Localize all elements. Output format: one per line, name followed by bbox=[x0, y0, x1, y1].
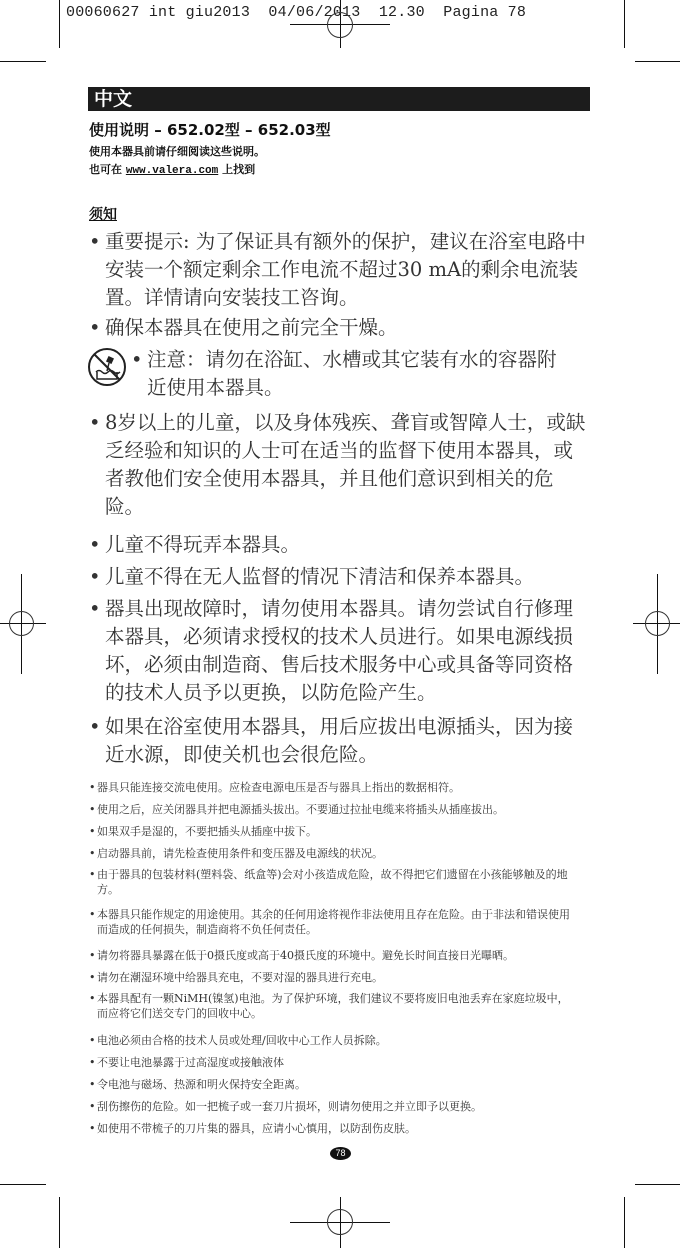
bullet: • bbox=[89, 531, 105, 559]
bullet: • bbox=[89, 970, 97, 985]
note-item: • 器具只能连接交流电使用。应检查电源电压是否与器具上指出的数据相符。 bbox=[89, 780, 579, 795]
note-item: • 刮伤擦伤的危险。如一把梳子或一套刀片损坏，则请勿使用之并立即予以更换。 bbox=[89, 1099, 579, 1114]
note-item: • 使用之后，应关闭器具并把电源插头拔出。不要通过拉扯电缆来将插头从插座拔出。 bbox=[89, 802, 579, 817]
note-text: 如使用不带梳子的刀片集的器具，应请小心慎用，以防刮伤皮肤。 bbox=[97, 1121, 579, 1136]
bullet: • bbox=[89, 409, 105, 437]
note-item: • 如使用不带梳子的刀片集的器具，应请小心慎用，以防刮伤皮肤。 bbox=[89, 1121, 579, 1136]
note-item: • 电池必须由合格的技术人员或处理/回收中心工作人员拆除。 bbox=[89, 1033, 579, 1048]
crop-mark-top-left-vertical bbox=[59, 0, 60, 48]
warning-item-with-icon: • 注意：请勿在浴缸、水槽或其它装有水的容器附近使用本器具。 bbox=[131, 346, 571, 402]
note-item: • 如果双手是湿的，不要把插头从插座中拔下。 bbox=[89, 824, 579, 839]
bullet: • bbox=[89, 824, 97, 839]
note-item: • 不要让电池暴露于过高湿度或接触液体 bbox=[89, 1055, 579, 1070]
note-text: 请勿将器具暴露在低于0摄氏度或高于40摄氏度的环境中。避免长时间直接日光曝晒。 bbox=[97, 948, 579, 963]
bullet: • bbox=[89, 846, 97, 861]
note-item: • 启动器具前，请先检查使用条件和变压器及电源线的状况。 bbox=[89, 846, 579, 861]
note-item: • 请勿将器具暴露在低于0摄氏度或高于40摄氏度的环境中。避免长时间直接日光曝晒… bbox=[89, 948, 579, 963]
warning-item: • 重要提示: 为了保证具有额外的保护，建议在浴室电路中安装一个额定剩余工作电流… bbox=[89, 228, 589, 312]
bullet: • bbox=[89, 314, 105, 342]
note-text: 如果双手是湿的，不要把插头从插座中拔下。 bbox=[97, 824, 579, 839]
no-water-use-icon bbox=[87, 345, 131, 389]
warning-text: 儿童不得在无人监督的情况下清洁和保养本器具。 bbox=[105, 563, 589, 591]
note-text: 由于器具的包装材料(塑料袋、纸盒等)会对小孩造成危险，故不得把它们遗留在小孩能够… bbox=[97, 867, 579, 897]
registration-mark-bottom-circle bbox=[327, 1209, 353, 1235]
registration-mark-top-circle bbox=[327, 12, 353, 38]
note-item: • 本器具配有一颗NiMH(镍氢)电池。为了保护环境，我们建议不要将废旧电池丢弃… bbox=[89, 991, 579, 1021]
language-label: 中文 bbox=[94, 88, 132, 110]
registration-mark-right-circle bbox=[645, 611, 670, 636]
warning-text: 8岁以上的儿童，以及身体残疾、聋盲或智障人士，或缺乏经验和知识的人士可在适当的监… bbox=[105, 409, 589, 521]
note-text: 请勿在潮湿环境中给器具充电，不要对湿的器具进行充电。 bbox=[97, 970, 579, 985]
note-text: 电池必须由合格的技术人员或处理/回收中心工作人员拆除。 bbox=[97, 1033, 579, 1048]
crop-mark-top-right-vertical bbox=[624, 0, 625, 48]
warning-text: 器具出现故障时，请勿使用本器具。请勿尝试自行修理本器具，必须请求授权的技术人员进… bbox=[105, 595, 589, 707]
note-text: 刮伤擦伤的危险。如一把梳子或一套刀片损坏，则请勿使用之并立即予以更换。 bbox=[97, 1099, 579, 1114]
note-text: 本器具只能作规定的用途使用。其余的任何用途将视作非法使用且存在危险。由于非法和错… bbox=[97, 907, 579, 937]
bullet: • bbox=[89, 907, 97, 922]
warning-item: • 8岁以上的儿童，以及身体残疾、聋盲或智障人士，或缺乏经验和知识的人士可在适当… bbox=[89, 409, 589, 521]
note-text: 本器具配有一颗NiMH(镍氢)电池。为了保护环境，我们建议不要将废旧电池丢弃在家… bbox=[97, 991, 579, 1021]
crop-mark-bottom-right-vertical bbox=[624, 1197, 625, 1248]
print-slug: 00060627 int giu2013 04/06/2013 12.30 Pa… bbox=[66, 4, 526, 21]
note-text: 启动器具前，请先检查使用条件和变压器及电源线的状况。 bbox=[97, 846, 579, 861]
bullet: • bbox=[89, 1077, 97, 1092]
crop-mark-bottom-left-vertical bbox=[59, 1197, 60, 1248]
bullet: • bbox=[89, 991, 97, 1006]
bullet: • bbox=[89, 780, 97, 795]
note-item: • 请勿在潮湿环境中给器具充电，不要对湿的器具进行充电。 bbox=[89, 970, 579, 985]
warning-text: 确保本器具在使用之前完全干燥。 bbox=[105, 314, 589, 342]
manual-title: 使用说明 – 652.02型 – 652.03型 bbox=[89, 119, 331, 140]
bullet: • bbox=[89, 1033, 97, 1048]
note-text: 不要让电池暴露于过高湿度或接触液体 bbox=[97, 1055, 579, 1070]
note-text: 使用之后，应关闭器具并把电源插头拔出。不要通过拉扯电缆来将插头从插座拔出。 bbox=[97, 802, 579, 817]
warning-item: • 儿童不得玩弄本器具。 bbox=[89, 531, 589, 559]
warning-text: 重要提示: 为了保证具有额外的保护，建议在浴室电路中安装一个额定剩余工作电流不超… bbox=[105, 228, 589, 312]
section-heading: 须知 bbox=[89, 204, 117, 224]
website-prefix: 也可在 bbox=[89, 163, 122, 176]
page-number-badge: 78 bbox=[330, 1147, 351, 1160]
warning-text: 如果在浴室使用本器具，用后应拔出电源插头，因为接近水源，即使关机也会很危险。 bbox=[105, 713, 589, 769]
website-link[interactable]: www.valera.com bbox=[126, 165, 218, 177]
warning-item: • 如果在浴室使用本器具，用后应拔出电源插头，因为接近水源，即使关机也会很危险。 bbox=[89, 713, 589, 769]
read-notice: 使用本器具前请仔细阅读这些说明。 bbox=[89, 143, 265, 159]
note-item: • 由于器具的包装材料(塑料袋、纸盒等)会对小孩造成危险，故不得把它们遗留在小孩… bbox=[89, 867, 579, 897]
website-line: 也可在 www.valera.com 上找到 bbox=[89, 161, 255, 177]
crop-mark-bottom-left-horizontal bbox=[0, 1184, 46, 1185]
bullet: • bbox=[89, 802, 97, 817]
bullet: • bbox=[89, 1055, 97, 1070]
crop-mark-top-right-horizontal bbox=[635, 61, 680, 62]
note-text: 令电池与磁场、热源和明火保持安全距离。 bbox=[97, 1077, 579, 1092]
warning-item: • 器具出现故障时，请勿使用本器具。请勿尝试自行修理本器具，必须请求授权的技术人… bbox=[89, 595, 589, 707]
bullet: • bbox=[131, 346, 147, 374]
warning-item: • 确保本器具在使用之前完全干燥。 bbox=[89, 314, 589, 342]
note-text: 器具只能连接交流电使用。应检查电源电压是否与器具上指出的数据相符。 bbox=[97, 780, 579, 795]
bullet: • bbox=[89, 563, 105, 591]
bullet: • bbox=[89, 948, 97, 963]
bullet: • bbox=[89, 1099, 97, 1114]
crop-mark-top-left-horizontal bbox=[0, 61, 46, 62]
warning-text: 儿童不得玩弄本器具。 bbox=[105, 531, 589, 559]
bullet: • bbox=[89, 595, 105, 623]
note-item: • 令电池与磁场、热源和明火保持安全距离。 bbox=[89, 1077, 579, 1092]
website-suffix: 上找到 bbox=[222, 163, 255, 176]
warning-text: 注意：请勿在浴缸、水槽或其它装有水的容器附近使用本器具。 bbox=[147, 346, 571, 402]
crop-mark-bottom-right-horizontal bbox=[635, 1184, 680, 1185]
registration-mark-left-circle bbox=[9, 611, 34, 636]
bullet: • bbox=[89, 1121, 97, 1136]
bullet: • bbox=[89, 228, 105, 256]
bullet: • bbox=[89, 713, 105, 741]
note-item: • 本器具只能作规定的用途使用。其余的任何用途将视作非法使用且存在危险。由于非法… bbox=[89, 907, 579, 937]
bullet: • bbox=[89, 867, 97, 882]
language-bar: 中文 bbox=[88, 87, 590, 111]
warning-item: • 儿童不得在无人监督的情况下清洁和保养本器具。 bbox=[89, 563, 589, 591]
